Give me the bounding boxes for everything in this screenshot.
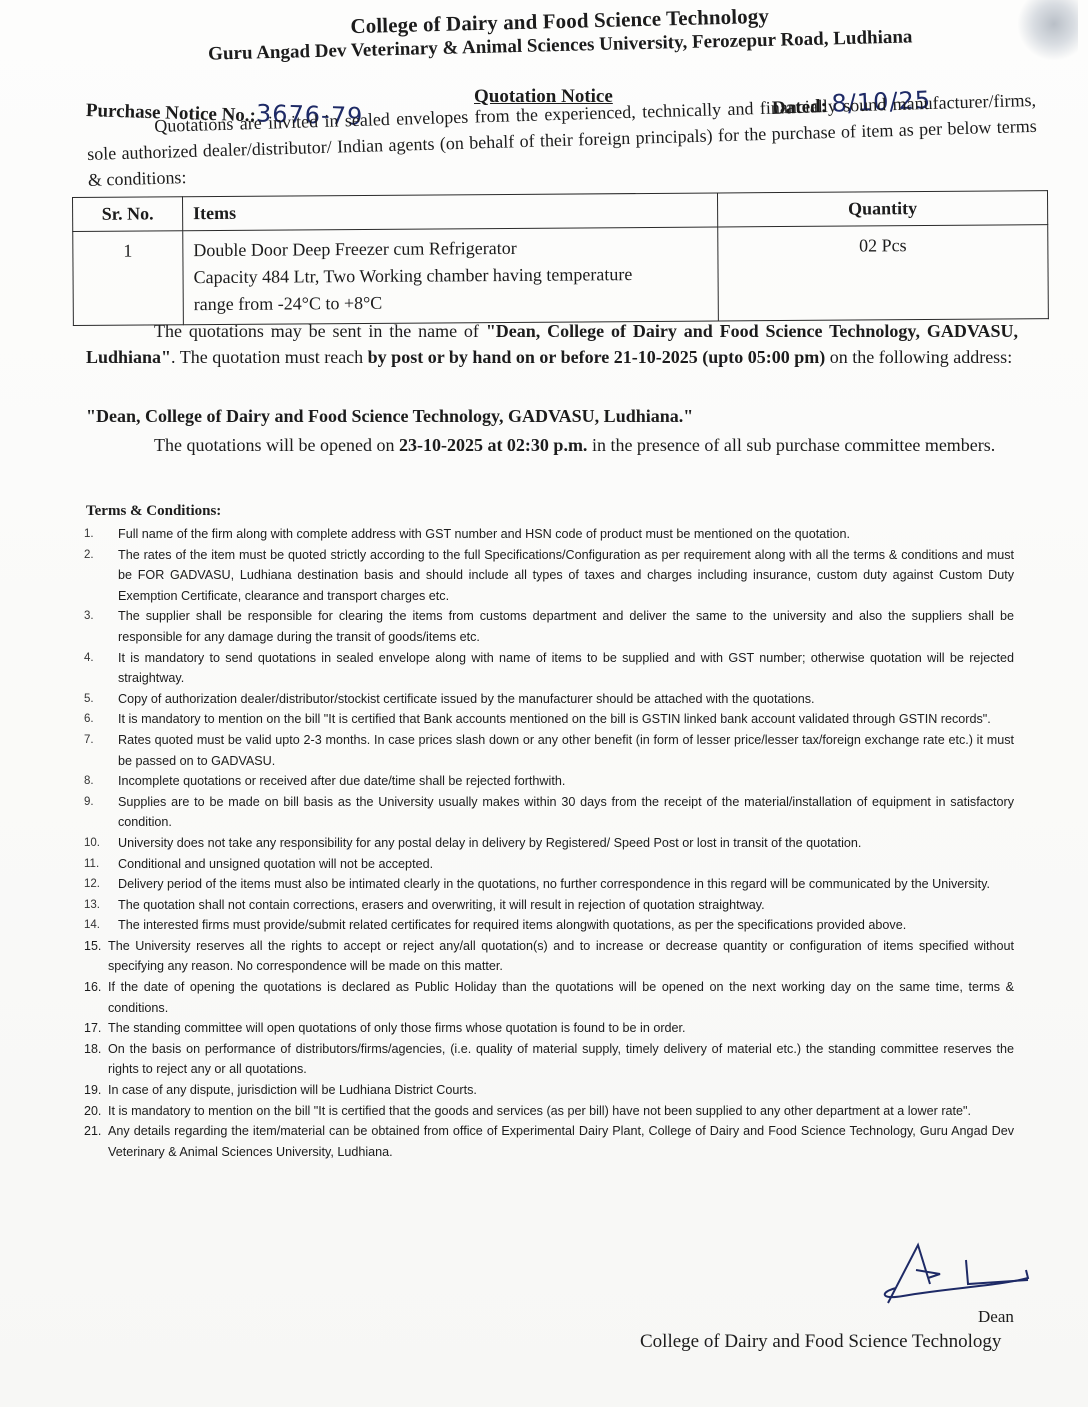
term-text: Delivery period of the items must also b… (118, 874, 1014, 895)
term-item: 17.The standing committee will open quot… (84, 1018, 1014, 1039)
term-item: 16.If the date of opening the quotations… (84, 977, 1014, 1018)
term-number: 19. (84, 1080, 108, 1101)
letterhead: College of Dairy and Food Science Techno… (150, 0, 971, 68)
submission-paragraph: The quotations may be sent in the name o… (86, 318, 1018, 370)
terms-list: 1.Full name of the firm along with compl… (84, 524, 1014, 1162)
row-sr-no: 1 (73, 231, 184, 326)
term-number: 1. (84, 524, 118, 545)
opening-datetime: 23-10-2025 at 02:30 p.m. (399, 435, 587, 455)
term-text: University does not take any responsibil… (118, 833, 1014, 854)
term-item: 1.Full name of the firm along with compl… (84, 524, 1014, 545)
term-number: 8. (84, 771, 118, 792)
term-text: Full name of the firm along with complet… (118, 524, 1014, 545)
term-number: 17. (84, 1018, 108, 1039)
term-text: Copy of authorization dealer/distributor… (118, 689, 1014, 710)
paper-clip-shadow (1018, 0, 1078, 60)
term-item: 15.The University reserves all the right… (84, 936, 1014, 977)
term-text: The supplier shall be responsible for cl… (118, 606, 1014, 647)
items-table: Sr. No. Items Quantity 1 Double Door Dee… (72, 190, 1049, 326)
term-text: Rates quoted must be valid upto 2-3 mont… (118, 730, 1014, 771)
opening-paragraph: The quotations will be opened on 23-10-2… (86, 432, 1018, 458)
term-item: 7.Rates quoted must be valid upto 2-3 mo… (84, 730, 1014, 771)
term-text: Conditional and unsigned quotation will … (118, 854, 1014, 875)
term-text: If the date of opening the quotations is… (108, 977, 1014, 1018)
term-number: 7. (84, 730, 118, 771)
term-item: 12.Delivery period of the items must als… (84, 874, 1014, 895)
term-text: Supplies are to be made on bill basis as… (118, 792, 1014, 833)
term-number: 13. (84, 895, 118, 916)
term-number: 6. (84, 709, 118, 730)
submission-address: "Dean, College of Dairy and Food Science… (86, 406, 693, 427)
term-number: 10. (84, 833, 118, 854)
term-number: 9. (84, 792, 118, 833)
header-quantity: Quantity (717, 191, 1047, 227)
para-text: . The quotation must reach (171, 347, 368, 367)
term-item: 10.University does not take any responsi… (84, 833, 1014, 854)
term-text: The interested firms must provide/submit… (118, 915, 1014, 936)
header-items: Items (183, 193, 718, 231)
term-item: 8.Incomplete quotations or received afte… (84, 771, 1014, 792)
term-item: 19.In case of any dispute, jurisdiction … (84, 1080, 1014, 1101)
terms-title: Terms & Conditions: (86, 503, 221, 520)
term-text: It is mandatory to mention on the bill "… (108, 1101, 1014, 1122)
term-item: 9.Supplies are to be made on bill basis … (84, 792, 1014, 833)
term-item: 13.The quotation shall not contain corre… (84, 895, 1014, 916)
term-number: 3. (84, 606, 118, 647)
signatory-office: College of Dairy and Food Science Techno… (640, 1331, 1001, 1353)
table-row: 1 Double Door Deep Freezer cum Refrigera… (73, 225, 1049, 326)
header-sr-no: Sr. No. (73, 197, 183, 232)
signature-icon (878, 1240, 1038, 1310)
term-text: In case of any dispute, jurisdiction wil… (108, 1080, 1014, 1101)
term-text: Any details regarding the item/material … (108, 1121, 1014, 1162)
term-item: 11.Conditional and unsigned quotation wi… (84, 854, 1014, 875)
term-text: It is mandatory to send quotations in se… (118, 648, 1014, 689)
term-number: 20. (84, 1101, 108, 1122)
quotation-notice-page: College of Dairy and Food Science Techno… (0, 0, 1088, 1407)
item-line: range from -24°C to +8°C (194, 288, 708, 319)
term-number: 2. (84, 545, 118, 607)
row-quantity: 02 Pcs (718, 225, 1049, 321)
term-item: 5.Copy of authorization dealer/distribut… (84, 689, 1014, 710)
item-line: Capacity 484 Ltr, Two Working chamber ha… (193, 261, 707, 292)
para-text: on the following address: (825, 347, 1012, 367)
para-text: in the presence of all sub purchase comm… (587, 435, 995, 455)
term-number: 16. (84, 977, 108, 1018)
term-text: The rates of the item must be quoted str… (118, 545, 1014, 607)
term-text: The University reserves all the rights t… (108, 936, 1014, 977)
term-text: The quotation shall not contain correcti… (118, 895, 1014, 916)
term-item: 3.The supplier shall be responsible for … (84, 606, 1014, 647)
term-item: 21.Any details regarding the item/materi… (84, 1121, 1014, 1162)
term-text: It is mandatory to mention on the bill "… (118, 709, 1014, 730)
term-number: 4. (84, 648, 118, 689)
term-number: 21. (84, 1121, 108, 1162)
term-text: On the basis on performance of distribut… (108, 1039, 1014, 1080)
term-number: 11. (84, 854, 118, 875)
term-number: 12. (84, 874, 118, 895)
term-text: The standing committee will open quotati… (108, 1018, 1014, 1039)
item-line: Double Door Deep Freezer cum Refrigerato… (193, 234, 707, 265)
term-item: 20.It is mandatory to mention on the bil… (84, 1101, 1014, 1122)
term-item: 18.On the basis on performance of distri… (84, 1039, 1014, 1080)
term-item: 6.It is mandatory to mention on the bill… (84, 709, 1014, 730)
term-item: 4.It is mandatory to send quotations in … (84, 648, 1014, 689)
para-text: The quotations will be opened on (154, 435, 399, 455)
term-text: Incomplete quotations or received after … (118, 771, 1014, 792)
para-text: The quotations may be sent in the name o… (154, 321, 486, 341)
term-number: 18. (84, 1039, 108, 1080)
row-item-description: Double Door Deep Freezer cum Refrigerato… (183, 227, 719, 325)
term-number: 5. (84, 689, 118, 710)
submission-deadline: by post or by hand on or before 21-10-20… (368, 347, 826, 367)
term-number: 15. (84, 936, 108, 977)
term-item: 2.The rates of the item must be quoted s… (84, 545, 1014, 607)
term-item: 14.The interested firms must provide/sub… (84, 915, 1014, 936)
signatory-designation: Dean (978, 1307, 1014, 1327)
term-number: 14. (84, 915, 118, 936)
